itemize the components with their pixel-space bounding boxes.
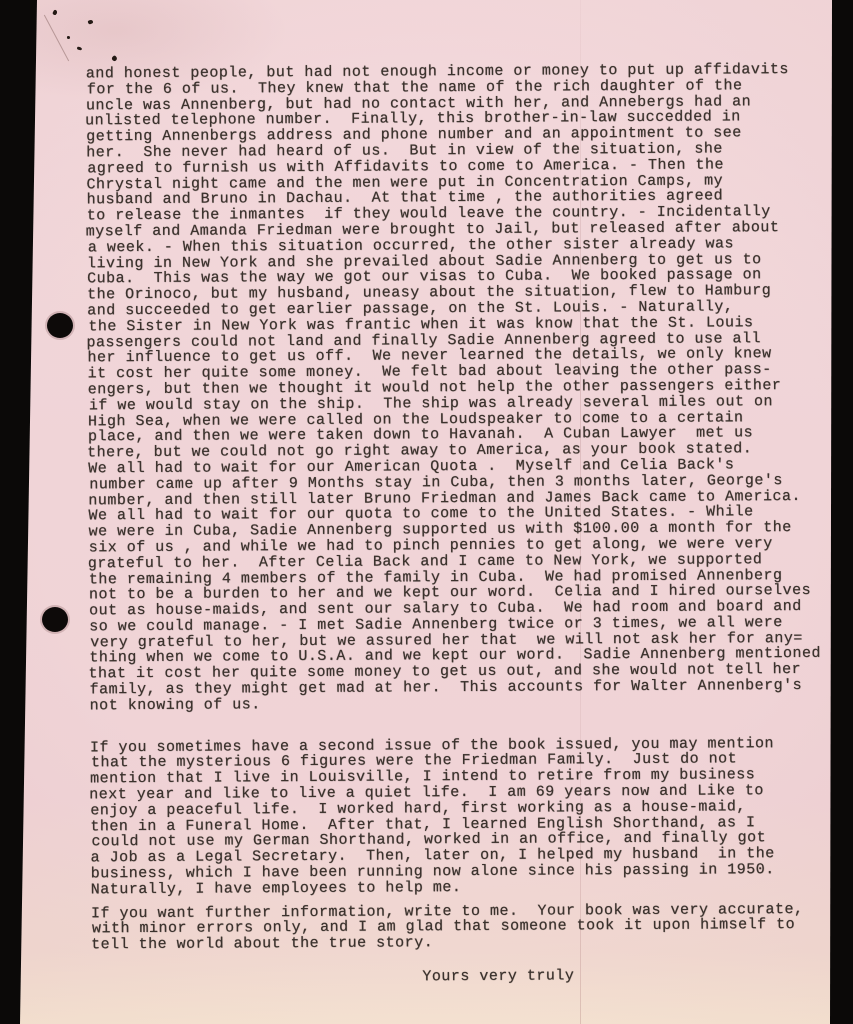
- paragraph-1: and honest people, but had not enough in…: [86, 62, 850, 714]
- paragraph-2: If you sometimes have a second issue of …: [90, 735, 851, 898]
- paragraph-3: If you want further information, write t…: [91, 901, 851, 953]
- letter-page: and honest people, but had not enough in…: [20, 0, 832, 1024]
- paper-speck: [67, 36, 70, 39]
- scan-background: { "page": { "background_color": "#0b0908…: [0, 0, 853, 1024]
- letter-body: and honest people, but had not enough in…: [86, 62, 852, 987]
- paper-speck: [52, 9, 58, 15]
- letter-closing: Yours very truly: [90, 967, 850, 987]
- paper-speck: [111, 55, 118, 62]
- paper-speck: [77, 46, 83, 50]
- typed-line: Naturally, I have employees to help me.: [91, 878, 851, 898]
- hole-punch-top: [47, 313, 73, 338]
- typed-line: not knowing of us.: [90, 694, 850, 714]
- hole-punch-bottom: [42, 607, 68, 632]
- paper-scratch: [44, 15, 69, 61]
- paper-speck: [87, 19, 93, 24]
